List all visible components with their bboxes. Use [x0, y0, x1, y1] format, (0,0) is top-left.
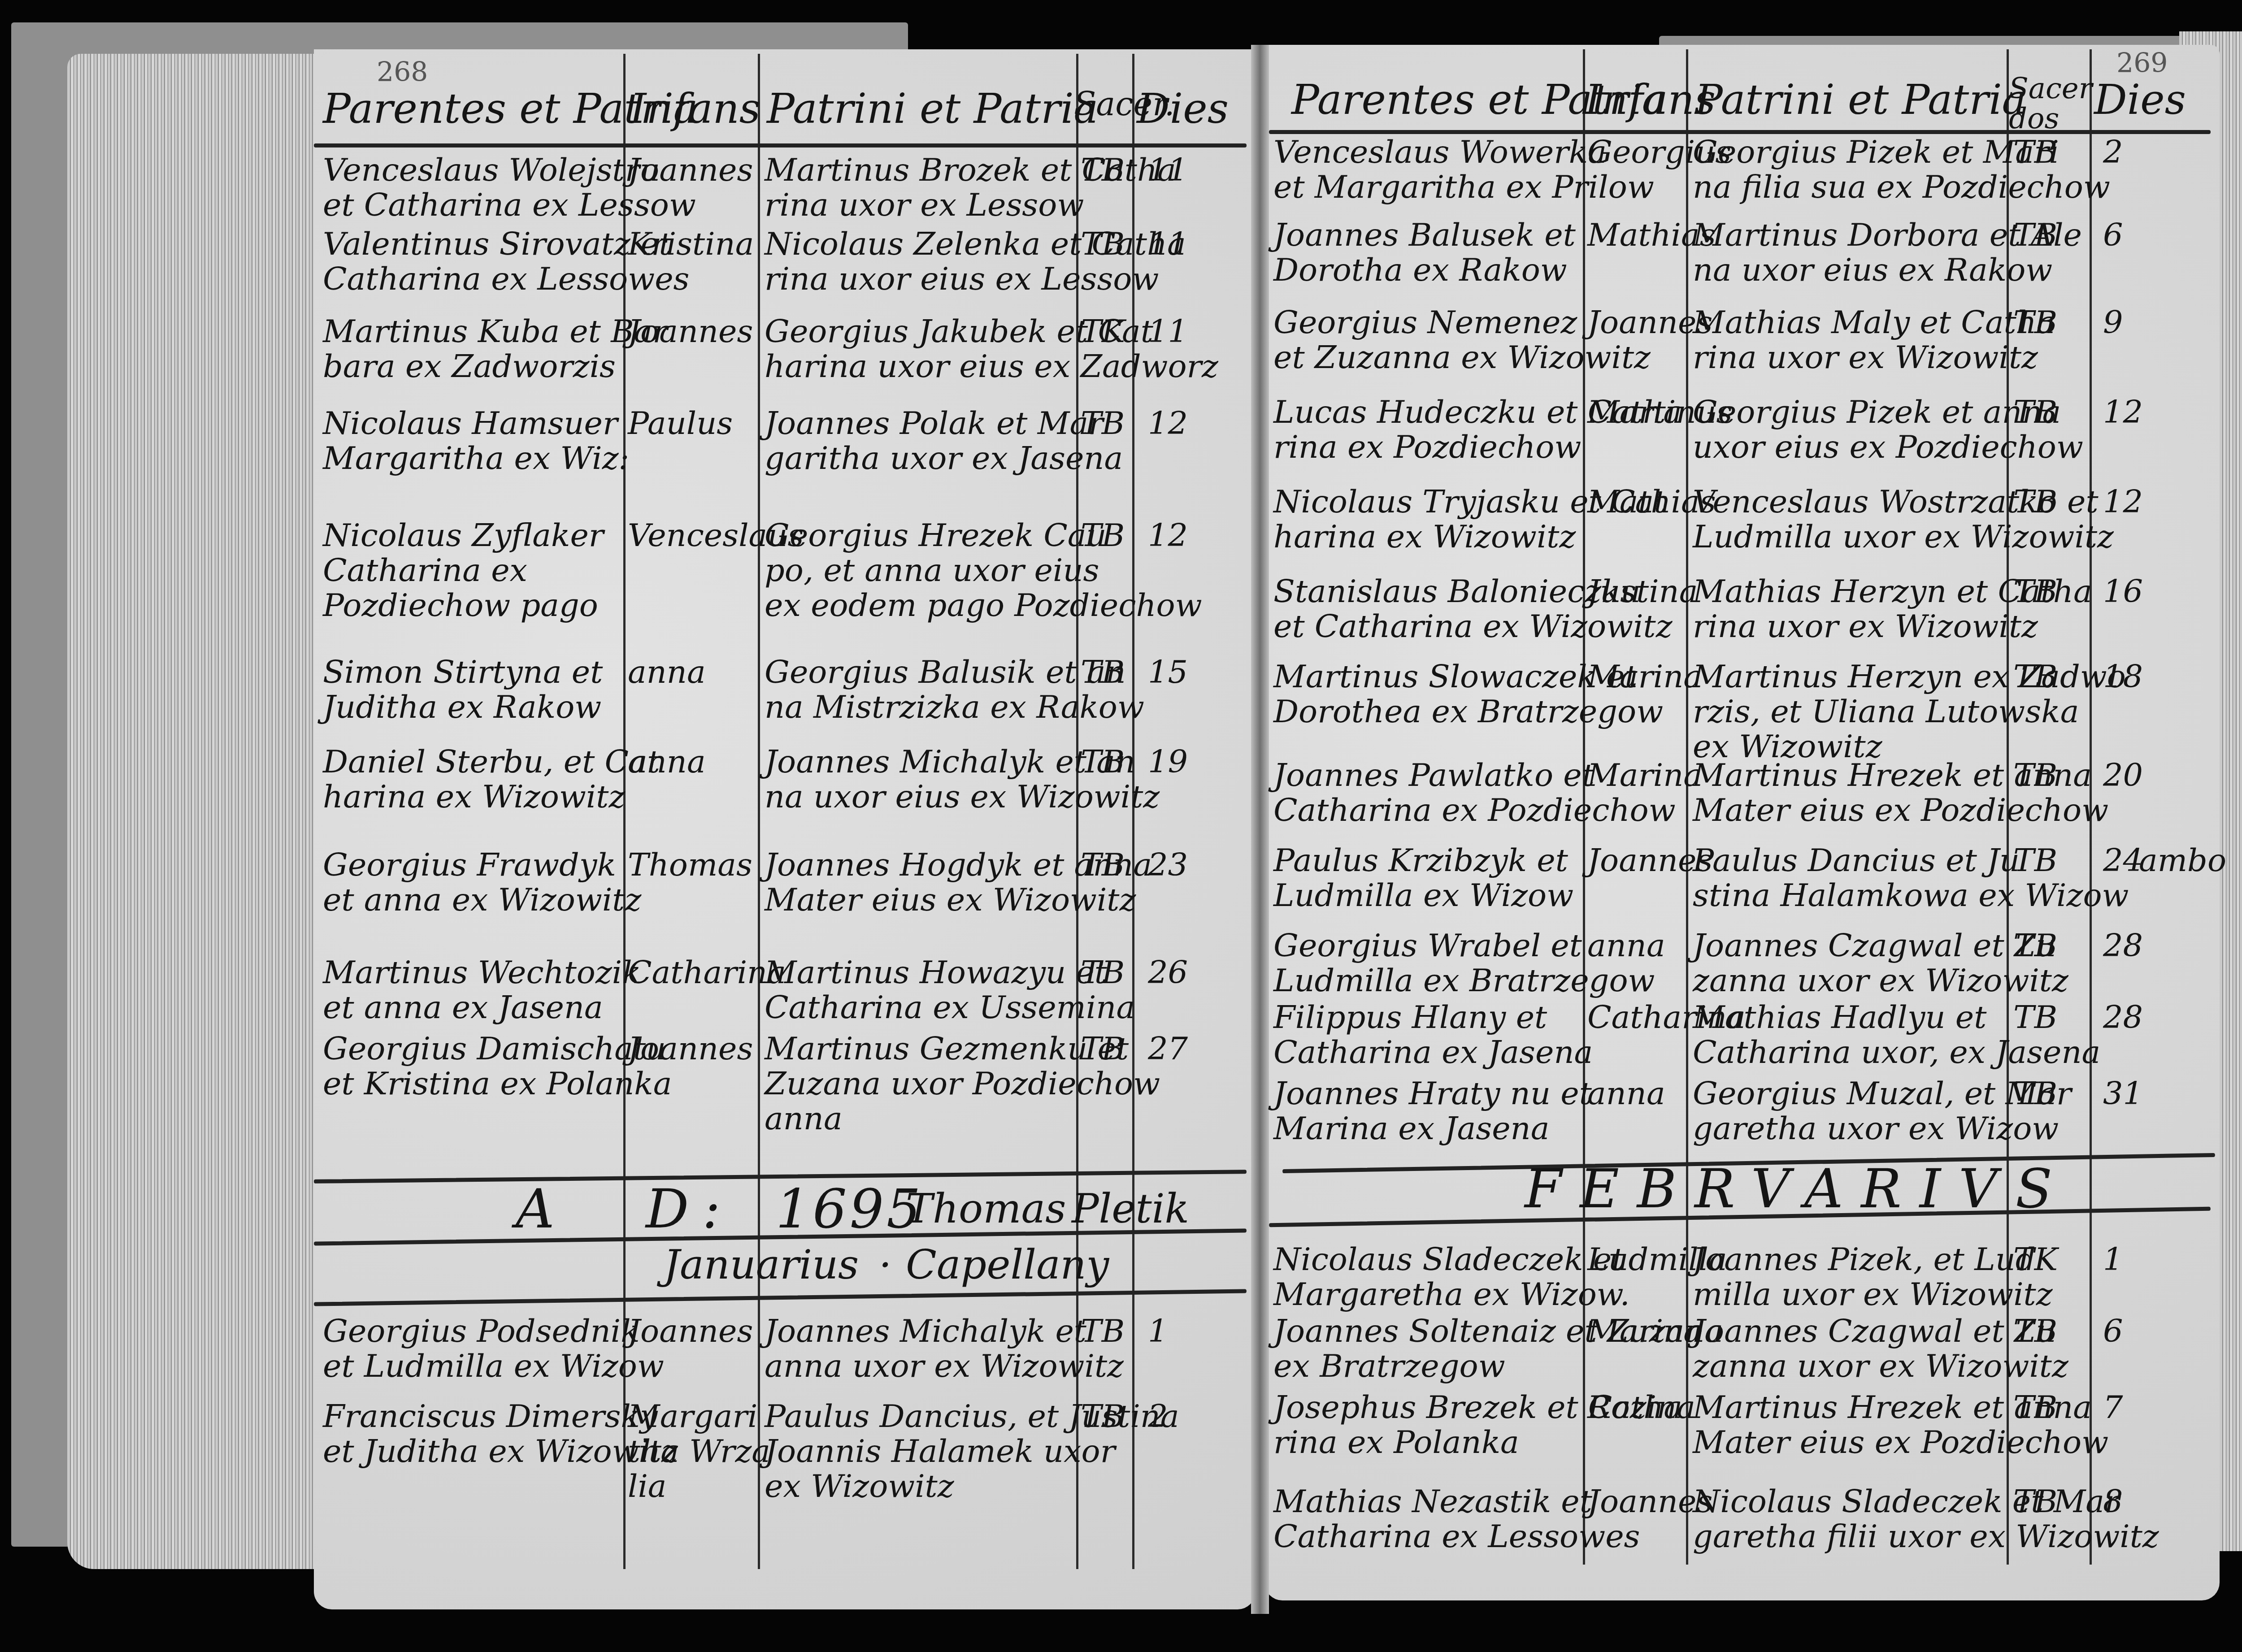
left-entry-parentes-line: et Kristina ex Polanka	[323, 1066, 672, 1101]
left-entry-feb-parentes-line: et Juditha ex Wizowitz	[323, 1434, 678, 1469]
right-entry-sacerdos: TB	[2013, 843, 2057, 878]
right-page-number: 269	[2116, 49, 2168, 78]
right-header-dies: Dies	[2094, 78, 2186, 122]
left-entry-patrini-line: Joannes Polak et Mar	[765, 406, 1123, 441]
left-entry-parentes: Simon Stirtyna etJuditha ex Rakow	[323, 655, 603, 724]
left-entry-sacerdos: TB	[1081, 406, 1125, 441]
right-entry-feb-parentes-line: rina ex Polanka	[1273, 1425, 1682, 1460]
left-entry-parentes-line: Georgius Frawdyk	[323, 847, 641, 882]
right-entry-feb-parentes-line: Catharina ex Lessowes	[1273, 1519, 1640, 1554]
left-entry-sacerdos-line: TB	[1081, 152, 1125, 187]
left-header-infans: Infans	[630, 87, 760, 131]
right-entry-feb-sacerdos-line: TB	[2013, 1314, 2057, 1348]
right-entry-patrini: Mathias Maly et Catharina uxor ex Wizowi…	[1693, 305, 2055, 375]
right-entry-dies: 6	[2103, 217, 2123, 252]
month-separator-capellany: Capellany	[906, 1244, 1109, 1287]
left-entry-infans-line: Thomas	[628, 847, 752, 882]
right-entry-feb-parentes: Mathias Nezastik etCatharina ex Lessowes	[1273, 1484, 1640, 1554]
right-entry-dies-line: 12	[2103, 395, 2143, 429]
right-entry-sacerdos-line: TB	[2013, 484, 2057, 519]
left-entry-parentes-line: et Catharina ex Lessow	[323, 187, 696, 222]
left-entry-sacerdos-line: TB	[1081, 518, 1125, 553]
left-entry-parentes: Nicolaus HamsuerMargaritha ex Wiz:	[323, 406, 629, 476]
right-entry-patrini-line: Paulus Dancius et Ju	[1693, 843, 2129, 878]
left-entry-feb-dies: 2	[1148, 1399, 1168, 1434]
right-entry-dies: 31	[2103, 1076, 2143, 1111]
left-entry-parentes-line: Simon Stirtyna et	[323, 655, 603, 689]
right-entry-sacerdos-line: TB	[2013, 1076, 2057, 1111]
left-entry-patrini-line: Catharina ex Ussemina	[765, 990, 1135, 1025]
right-entry-patrini-line: Catharina uxor, ex Jasena	[1693, 1035, 2100, 1070]
left-entry-feb-sacerdos: TB	[1081, 1314, 1125, 1348]
left-entry-dies: 27	[1148, 1031, 1188, 1066]
right-header-sacerdos: Sacer dos	[2009, 74, 2076, 134]
right-entry-dies: 20	[2103, 758, 2143, 793]
left-entry-parentes-line: Martinus Wechtozik	[323, 955, 641, 990]
left-entry-dies-line: 11	[1148, 226, 1188, 261]
right-entry-sacerdos-line: TB	[2013, 928, 2057, 963]
left-entry-parentes-line: Juditha ex Rakow	[323, 689, 603, 724]
left-entry-dies-line: 23	[1148, 847, 1188, 882]
left-entry-sacerdos-line: TB	[1081, 1031, 1125, 1066]
right-entry-feb-dies-line: 8	[2103, 1484, 2123, 1519]
right-entry-feb-sacerdos: TK	[2013, 1242, 2058, 1277]
right-entry-patrini-line: stina Halamkowa ex Wizow	[1693, 878, 2129, 913]
left-entry-sacerdos: TB	[1081, 1031, 1125, 1066]
right-entry-feb-dies: 1	[2103, 1242, 2123, 1277]
left-entry-dies: 23	[1148, 847, 1188, 882]
left-entry-feb-infans-line: Margari	[628, 1399, 770, 1434]
right-entry-feb-dies-line: 7	[2103, 1390, 2123, 1425]
right-entry-feb-sacerdos-line: TB	[2013, 1484, 2057, 1519]
right-entry-feb-infans-line: Marina	[1587, 1314, 1702, 1348]
left-entry-patrini: Joannes Polak et Margaritha uxor ex Jase…	[765, 406, 1123, 476]
year-separator-priest: Thomas	[906, 1188, 1066, 1231]
left-entry-feb-sacerdos-line: TB	[1081, 1399, 1125, 1434]
right-entry-feb-infans: Rozina	[1587, 1390, 1695, 1425]
left-entry-infans-line: Catharina	[628, 955, 786, 990]
right-entry-parentes: Paulus Krzibzyk etLudmilla ex Wizow	[1273, 843, 1573, 913]
left-entry-infans: Thomas	[628, 847, 752, 882]
left-entry-patrini: Georgius Hrezek Caupo, et anna uxor eius…	[765, 518, 1202, 623]
right-entry-sacerdos: TB	[2013, 758, 2057, 793]
right-entry-feb-patrini-line: Nicolaus Sladeczek et Mar	[1693, 1484, 2159, 1519]
left-entry-dies-line: 19	[1148, 744, 1188, 779]
left-entry-infans-line: Joannes	[628, 1031, 753, 1066]
left-entry-dies: 11	[1148, 152, 1188, 187]
right-entry-patrini-line: Joannes Czagwal et Zu	[1693, 928, 2068, 963]
year-separator-year: 1695	[776, 1181, 923, 1238]
right-entry-patrini-line: rzis, et Uliana Lutowska	[1693, 694, 2126, 729]
right-entry-parentes-line: Joannes Balusek et	[1273, 217, 1576, 252]
right-entry-parentes: Joannes Balusek etDorotha ex Rakow	[1273, 217, 1576, 287]
left-entry-patrini-line: rina uxor ex Lessow	[765, 187, 1176, 222]
left-entry-parentes: Georgius Damischatuet Kristina ex Polank…	[323, 1031, 672, 1101]
right-entry-sacerdos: TB	[2013, 484, 2057, 519]
right-entry-feb-dies: 7	[2103, 1390, 2123, 1425]
right-entry-patrini: Martinus Herzyn ex Zadworzis, et Uliana …	[1693, 659, 2126, 764]
right-entry-infans-line: Marina	[1587, 659, 1702, 694]
right-entry-feb-sacerdos: TB	[2013, 1314, 2057, 1348]
right-entry-patrini-line: uxor eius ex Pozdiechow	[1693, 429, 2083, 464]
right-entry-dies-line: 18	[2103, 659, 2143, 694]
left-entry-sacerdos-line: TB	[1081, 226, 1125, 261]
right-entry-sacerdos: TB	[2013, 305, 2057, 340]
right-entry-note-line: ambo	[2139, 843, 2226, 878]
right-entry-sacerdos: TB	[2013, 1076, 2057, 1111]
right-entry-feb-patrini: Joannes Pizek, et Ludmilla uxor ex Wizow…	[1693, 1242, 2053, 1312]
left-entry-dies: 12	[1148, 406, 1188, 441]
right-entry-feb-patrini-line: Joannes Pizek, et Lud	[1693, 1242, 2053, 1277]
left-entry-sacerdos: TB	[1081, 744, 1125, 779]
right-entry-dies-line: 12	[2103, 484, 2143, 519]
right-entry-sacerdos-line: TB	[2013, 843, 2057, 878]
left-entry-dies: 12	[1148, 518, 1188, 553]
right-entry-parentes-line: Catharina ex Jasena	[1273, 1035, 1593, 1070]
left-entry-feb-patrini-line: Joannis Halamek uxor	[765, 1434, 1179, 1469]
right-entry-feb-sacerdos: TB	[2013, 1390, 2057, 1425]
right-entry-patrini-line: Mathias Maly et Catha	[1693, 305, 2055, 340]
left-entry-infans: anna	[628, 744, 706, 779]
right-entry-sacerdos: TB	[2013, 217, 2057, 252]
right-entry-feb-sacerdos-line: TK	[2013, 1242, 2058, 1277]
right-entry-infans: Marina	[1587, 758, 1702, 793]
right-entry-parentes-line: Catharina ex Pozdiechow	[1273, 793, 1676, 828]
left-entry-feb-dies-line: 2	[1148, 1399, 1168, 1434]
right-entry-sacerdos-line: TB	[2013, 395, 2057, 429]
left-entry-infans-line: anna	[628, 744, 706, 779]
right-entry-dies-line: 24	[2103, 843, 2143, 878]
right-entry-dies: 24	[2103, 843, 2143, 878]
left-entry-sacerdos-line: TB	[1081, 744, 1125, 779]
right-entry-feb-parentes-line: Mathias Nezastik et	[1273, 1484, 1640, 1519]
right-entry-infans: Justina	[1587, 574, 1698, 609]
right-entry-sacerdos-line: TB	[2013, 305, 2057, 340]
left-entry-feb-parentes: Franciscus Dimerskyet Juditha ex Wizowit…	[323, 1399, 678, 1469]
right-entry-parentes-line: et Zuzanna ex Wizowitz	[1273, 340, 1651, 375]
right-entry-parentes-line: Filippus Hlany et	[1273, 1000, 1593, 1035]
right-entry-sacerdos-line: TB	[2013, 758, 2057, 793]
left-entry-feb-parentes-line: Franciscus Dimersky	[323, 1399, 678, 1434]
left-entry-sacerdos-line: TB	[1081, 955, 1125, 990]
right-entry-dies-line: 2	[2103, 134, 2123, 169]
left-entry-patrini-line: anna	[765, 1101, 1160, 1136]
left-header-dies: Dies	[1137, 87, 1229, 131]
left-header-patrini: Patrini et Patria	[767, 87, 1098, 131]
left-entry-infans: Joannes	[628, 1031, 753, 1066]
right-entry-patrini: Joannes Czagwal et Zuzanna uxor ex Wizow…	[1693, 928, 2068, 998]
right-entry-infans-line: Justina	[1587, 574, 1698, 609]
right-entry-dies-line: 31	[2103, 1076, 2143, 1111]
left-entry-infans: Paulus	[628, 406, 733, 441]
left-entry-feb-dies: 1	[1148, 1314, 1168, 1348]
right-entry-sacerdos: TB	[2013, 659, 2057, 694]
left-entry-dies: 26	[1148, 955, 1188, 990]
right-header-patrini: Patrini et Patria	[1695, 78, 2026, 122]
right-entry-dies-line: 20	[2103, 758, 2143, 793]
left-entry-infans: Joannes	[628, 314, 753, 349]
right-entry-infans: Marina	[1587, 659, 1702, 694]
right-entry-note: ambo	[2139, 843, 2226, 878]
right-entry-feb-patrini: Nicolaus Sladeczek et Margaretha filii u…	[1693, 1484, 2159, 1554]
left-entry-sacerdos-line: TB	[1081, 847, 1125, 882]
left-entry-parentes-line: Nicolaus Hamsuer	[323, 406, 629, 441]
left-entry-feb-patrini: Joannes Michalyk etanna uxor ex Wizowitz	[765, 1314, 1124, 1383]
left-entry-parentes-line: Pozdiechow pago	[323, 588, 604, 623]
right-entry-feb-patrini-line: garetha filii uxor ex Wizowitz	[1693, 1519, 2159, 1554]
left-entry-dies-line: 26	[1148, 955, 1188, 990]
left-entry-sacerdos: TB	[1081, 955, 1125, 990]
left-entry-parentes-line: et anna ex Jasena	[323, 990, 641, 1025]
right-entry-dies: 9	[2103, 305, 2123, 340]
left-entry-patrini: Martinus Howazyu etCatharina ex Ussemina	[765, 955, 1135, 1025]
left-col-rule-patrini	[758, 54, 760, 1569]
month-separator-dot: ·	[879, 1244, 892, 1287]
right-entry-dies: 18	[2103, 659, 2143, 694]
right-entry-patrini-line: rina uxor ex Wizowitz	[1693, 340, 2055, 375]
left-entry-infans-line: Kristina	[628, 226, 754, 261]
left-entry-patrini-line: harina uxor eius ex Zadworz	[765, 349, 1218, 384]
left-entry-parentes-line: Catharina ex Lessowes	[323, 261, 689, 296]
left-entry-feb-sacerdos-line: TB	[1081, 1314, 1125, 1348]
right-entry-feb-parentes: Nicolaus Sladeczek etMargaretha ex Wizow…	[1273, 1242, 1630, 1312]
right-entry-feb-parentes-line: ex Bratrzegow	[1273, 1348, 1723, 1383]
left-entry-infans: Kristina	[628, 226, 754, 261]
right-entry-sacerdos-line: TB	[2013, 659, 2057, 694]
left-entry-feb-dies-line: 1	[1148, 1314, 1168, 1348]
right-entry-dies-line: 9	[2103, 305, 2123, 340]
left-entry-feb-patrini-line: Joannes Michalyk et	[765, 1314, 1124, 1348]
left-entry-parentes: Martinus Kuba et Barbara ex Zadworzis	[323, 314, 668, 384]
right-entry-patrini-line: garetha uxor ex Wizow	[1693, 1111, 2071, 1146]
right-entry-patrini-line: na filia sua ex Pozdiechow	[1693, 169, 2110, 204]
left-entry-infans-line: Joannes	[628, 314, 753, 349]
left-entry-sacerdos: TB	[1081, 226, 1125, 261]
right-entry-feb-parentes-line: Margaretha ex Wizow.	[1273, 1277, 1630, 1312]
left-entry-feb-sacerdos: TB	[1081, 1399, 1125, 1434]
right-entry-feb-sacerdos: TB	[2013, 1484, 2057, 1519]
right-entry-parentes-line: Marina ex Jasena	[1273, 1111, 1592, 1146]
left-entry-feb-patrini-line: ex Wizowitz	[765, 1469, 1179, 1504]
left-header-rule	[314, 143, 1247, 147]
right-entry-sacerdos-line: TB	[2013, 1000, 2057, 1035]
left-entry-dies: 11	[1148, 314, 1188, 349]
right-entry-parentes-line: et Margaritha ex Prilow	[1273, 169, 1654, 204]
left-entry-dies-line: 15	[1148, 655, 1188, 689]
left-entry-sacerdos: TK	[1081, 314, 1125, 349]
left-entry-sacerdos-line: TB	[1081, 406, 1125, 441]
right-entry-sacerdos-line: TB	[2013, 217, 2057, 252]
left-entry-patrini-line: Martinus Howazyu et	[765, 955, 1135, 990]
right-entry-sacerdos: TB	[2013, 928, 2057, 963]
left-entry-dies-line: 27	[1148, 1031, 1188, 1066]
right-entry-dies: 2	[2103, 134, 2123, 169]
right-entry-patrini-line: rina uxor ex Wizowitz	[1693, 609, 2092, 644]
year-separator-d: D:	[646, 1181, 734, 1238]
left-entry-parentes-line: Catharina ex	[323, 553, 604, 588]
right-entry-parentes-line: Dorothea ex Bratrzegow	[1273, 694, 1663, 729]
right-entry-parentes-line: et Catharina ex Wizowitz	[1273, 609, 1673, 644]
year-separator-a: A	[516, 1181, 568, 1238]
right-entry-dies: 28	[2103, 1000, 2143, 1035]
right-entry-infans: anna	[1587, 1076, 1665, 1111]
right-entry-parentes: Filippus Hlany etCatharina ex Jasena	[1273, 1000, 1593, 1070]
right-entry-feb-dies: 6	[2103, 1314, 2123, 1348]
left-entry-dies-line: 11	[1148, 152, 1188, 187]
left-entry-feb-patrini-line: anna uxor ex Wizowitz	[765, 1348, 1124, 1383]
right-entry-feb-parentes-line: Nicolaus Sladeczek et	[1273, 1242, 1630, 1277]
left-entry-sacerdos: TB	[1081, 847, 1125, 882]
right-entry-sacerdos: TB	[2013, 395, 2057, 429]
right-entry-infans-line: anna	[1587, 1076, 1665, 1111]
left-entry-parentes-line: Margaritha ex Wiz:	[323, 441, 629, 476]
left-entry-patrini-line: na uxor eius ex Wizowitz	[765, 779, 1160, 814]
left-entry-dies-line: 11	[1148, 314, 1188, 349]
right-entry-feb-patrini: Joannes Czagwal et Zuzanna uxor ex Wizow…	[1693, 1314, 2068, 1383]
right-entry-sacerdos-line: TB	[2013, 574, 2057, 609]
left-entry-feb-infans-line: lia	[628, 1469, 770, 1504]
book-gutter	[1251, 45, 1269, 1614]
left-entry-patrini-line: po, et anna uxor eius	[765, 553, 1202, 588]
left-entry-feb-infans-line: Joannes	[628, 1314, 753, 1348]
left-entry-infans-line: anna	[628, 655, 706, 689]
right-entry-dies-line: 28	[2103, 1000, 2143, 1035]
right-entry-parentes-line: Ludmilla ex Bratrzegow	[1273, 963, 1655, 998]
left-entry-dies-line: 12	[1148, 518, 1188, 553]
left-entry-patrini-line: na Mistrzizka ex Rakow	[765, 689, 1144, 724]
left-entry-dies: 19	[1148, 744, 1188, 779]
right-entry-infans-line: anna	[1587, 928, 1665, 963]
left-entry-dies: 15	[1148, 655, 1188, 689]
left-entry-patrini-line: rina uxor eius ex Lessow	[765, 261, 1186, 296]
right-entry-patrini-line: Ludmilla uxor ex Wizowitz	[1693, 519, 2114, 554]
month-separator-februarius: FEBRVARIVS	[1525, 1161, 2070, 1218]
right-entry-parentes-line: rina ex Pozdiechow	[1273, 429, 1682, 464]
right-entry-dies: 28	[2103, 928, 2143, 963]
right-entry-dies-line: 16	[2103, 574, 2143, 609]
right-entry-feb-sacerdos-line: TB	[2013, 1390, 2057, 1425]
left-entry-sacerdos: TB	[1081, 152, 1125, 187]
left-entry-patrini-line: Zuzana uxor Pozdiechow	[765, 1066, 1160, 1101]
left-entry-parentes-line: harina ex Wizowitz	[323, 779, 660, 814]
left-entry-parentes-line: Martinus Kuba et Bar	[323, 314, 668, 349]
left-entry-parentes-line: et anna ex Wizowitz	[323, 882, 641, 917]
right-entry-parentes-line: harina ex Wizowitz	[1273, 519, 1666, 554]
left-entry-feb-parentes-line: Georgius Podsednik	[323, 1314, 664, 1348]
right-entry-feb-dies-line: 6	[2103, 1314, 2123, 1348]
right-entry-feb-dies-line: 1	[2103, 1242, 2123, 1277]
right-entry-feb-patrini-line: milla uxor ex Wizowitz	[1693, 1277, 2053, 1312]
right-entry-parentes-line: Ludmilla ex Wizow	[1273, 878, 1573, 913]
right-entry-parentes-line: Paulus Krzibzyk et	[1273, 843, 1573, 878]
left-entry-sacerdos-line: TK	[1081, 314, 1125, 349]
left-entry-infans: Joannes	[628, 152, 753, 187]
right-entry-parentes: Joannes Hraty nu etMarina ex Jasena	[1273, 1076, 1592, 1146]
right-entry-dies: 12	[2103, 395, 2143, 429]
left-entry-feb-parentes: Georgius Podsedniket Ludmilla ex Wizow	[323, 1314, 664, 1383]
right-entry-parentes-line: Joannes Hraty nu et	[1273, 1076, 1592, 1111]
right-entry-patrini-line: zanna uxor ex Wizowitz	[1693, 963, 2068, 998]
right-entry-patrini-line: Mater eius ex Pozdiechow	[1693, 793, 2108, 828]
month-separator-januarius: Januarius	[664, 1244, 859, 1287]
left-entry-dies: 11	[1148, 226, 1188, 261]
year-separator-priest-surname: Pletik	[1072, 1188, 1189, 1231]
right-entry-feb-patrini-line: Joannes Czagwal et Zu	[1693, 1314, 2068, 1348]
right-entry-patrini-line: na uxor eius ex Rakow	[1693, 252, 2082, 287]
left-entry-patrini-line: ex eodem pago Pozdiechow	[765, 588, 1202, 623]
right-entry-sacerdos: TB	[2013, 1000, 2057, 1035]
left-entry-parentes-line: Georgius Damischatu	[323, 1031, 672, 1066]
left-entry-feb-infans-line: tha Wrza	[628, 1434, 770, 1469]
left-entry-parentes: Martinus Wechtoziket anna ex Jasena	[323, 955, 641, 1025]
left-entry-parentes-line: Daniel Sterbu, et Cat	[323, 744, 660, 779]
left-entry-feb-parentes-line: et Ludmilla ex Wizow	[323, 1348, 664, 1383]
right-entry-infans: anna	[1587, 928, 1665, 963]
right-entry-patrini-line: Martinus Herzyn ex Zadwo	[1693, 659, 2126, 694]
left-entry-patrini-line: garitha uxor ex Jasena	[765, 441, 1123, 476]
right-entry-feb-patrini-line: Mater eius ex Pozdiechow	[1693, 1425, 2108, 1460]
right-entry-feb-patrini-line: zanna uxor ex Wizowitz	[1693, 1348, 2068, 1383]
right-entry-sacerdos: TB	[2013, 574, 2057, 609]
left-entry-dies-line: 12	[1148, 406, 1188, 441]
left-entry-sacerdos: TB	[1081, 655, 1125, 689]
right-entry-feb-infans: Marina	[1587, 1314, 1702, 1348]
right-entry-dies: 12	[2103, 484, 2143, 519]
left-entry-patrini-line: Mater eius ex Wizowitz	[765, 882, 1152, 917]
right-entry-feb-infans-line: Rozina	[1587, 1390, 1695, 1425]
left-entry-parentes: Georgius Frawdyket anna ex Wizowitz	[323, 847, 641, 917]
right-entry-infans-line: Marina	[1587, 758, 1702, 793]
left-entry-infans: anna	[628, 655, 706, 689]
left-entry-parentes-line: bara ex Zadworzis	[323, 349, 668, 384]
left-entry-infans-line: Paulus	[628, 406, 733, 441]
left-entry-sacerdos: TB	[1081, 518, 1125, 553]
right-entry-dies: 16	[2103, 574, 2143, 609]
left-entry-infans-line: Joannes	[628, 152, 753, 187]
left-entry-parentes: Nicolaus ZyflakerCatharina exPozdiechow …	[323, 518, 604, 623]
left-entry-infans: Catharina	[628, 955, 786, 990]
left-entry-feb-infans: Margaritha Wrzalia	[628, 1399, 770, 1504]
left-entry-sacerdos-line: TB	[1081, 655, 1125, 689]
right-entry-dies-line: 6	[2103, 217, 2123, 252]
right-entry-sacerdos-line: TB	[2013, 134, 2057, 169]
right-entry-feb-dies: 8	[2103, 1484, 2123, 1519]
left-page-number: 268	[377, 58, 428, 87]
page-stack-left	[67, 54, 318, 1569]
right-entry-sacerdos: TB	[2013, 134, 2057, 169]
left-entry-feb-infans: Joannes	[628, 1314, 753, 1348]
right-entry-dies-line: 28	[2103, 928, 2143, 963]
left-entry-parentes: Daniel Sterbu, et Catharina ex Wizowitz	[323, 744, 660, 814]
right-entry-parentes-line: Dorotha ex Rakow	[1273, 252, 1576, 287]
right-entry-patrini: Paulus Dancius et Justina Halamkowa ex W…	[1693, 843, 2129, 913]
left-entry-patrini-line: Georgius Hrezek Cau	[765, 518, 1202, 553]
left-entry-parentes-line: Nicolaus Zyflaker	[323, 518, 604, 553]
